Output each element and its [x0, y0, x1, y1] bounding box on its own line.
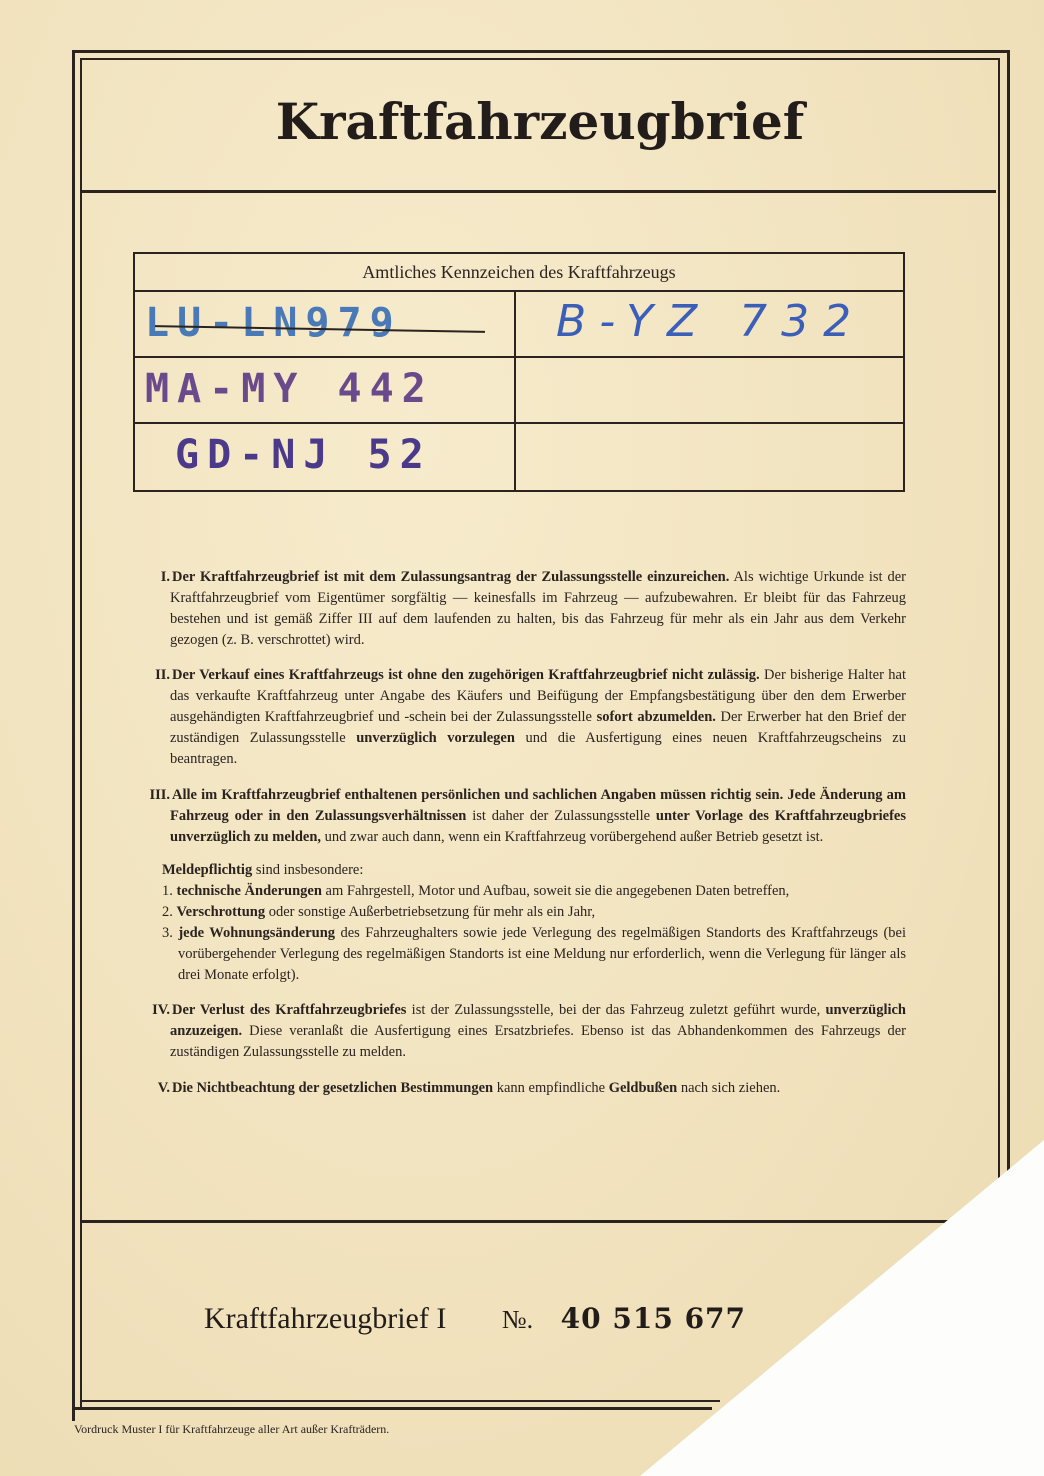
- section-ii: II.Der Verkauf eines Kraftfahrzeugs ist …: [148, 665, 906, 770]
- list-item: 1. technische Änderungen am Fahrgestell,…: [162, 881, 906, 902]
- bottom-divider: [82, 1220, 996, 1223]
- license-plates-table: Amtliches Kennzeichen des Kraftfahrzeugs…: [133, 252, 905, 492]
- plates-table-header: Amtliches Kennzeichen des Kraftfahrzeugs: [135, 254, 903, 292]
- form-footnote: Vordruck Muster I für Kraftfahrzeuge all…: [74, 1422, 389, 1437]
- meldepflichtig-list: Meldepflichtig sind insbesondere: 1. tec…: [148, 860, 906, 986]
- instructions: I.Der Kraftfahrzeugbrief ist mit dem Zul…: [148, 552, 906, 1111]
- plate-cell: MA-MY 442: [135, 358, 516, 424]
- section-v: V.Die Nichtbeachtung der gesetzlichen Be…: [148, 1078, 906, 1099]
- document-title: Kraftfahrzeugbrief: [80, 92, 1000, 151]
- plate-cell-empty: [516, 424, 903, 490]
- plate-cell: GD-NJ 52: [135, 424, 516, 490]
- document-number: 40 515 677: [561, 1302, 746, 1335]
- list-item: 2. Verschrottung oder sonstige Außerbetr…: [162, 902, 906, 923]
- number-prefix: №.: [502, 1305, 533, 1334]
- outer-frame-bottom: [72, 1407, 712, 1410]
- plate-stamp: LU-LN979: [145, 300, 402, 346]
- plate-handwritten: B-YZ 732: [556, 296, 865, 347]
- plate-cell: LU-LN979: [135, 292, 516, 358]
- plate-stamp: MA-MY 442: [145, 366, 434, 412]
- section-i: I.Der Kraftfahrzeugbrief ist mit dem Zul…: [148, 567, 906, 651]
- title-divider: [82, 190, 996, 193]
- plate-cell: B-YZ 732: [516, 292, 903, 358]
- inner-frame-bottom: [80, 1400, 720, 1402]
- document-number-line: Kraftfahrzeugbrief I №. 40 515 677: [204, 1302, 746, 1336]
- plate-stamp: GD-NJ 52: [175, 432, 432, 478]
- list-item: 3. jede Wohnungsänderung des Fahrzeughal…: [162, 923, 906, 986]
- plate-cell-empty: [516, 358, 903, 424]
- section-iv: IV.Der Verlust des Kraftfahrzeugbriefes …: [148, 1000, 906, 1063]
- section-iii: III.Alle im Kraftfahrzeugbrief enthalten…: [148, 785, 906, 848]
- document-label: Kraftfahrzeugbrief I: [204, 1302, 446, 1335]
